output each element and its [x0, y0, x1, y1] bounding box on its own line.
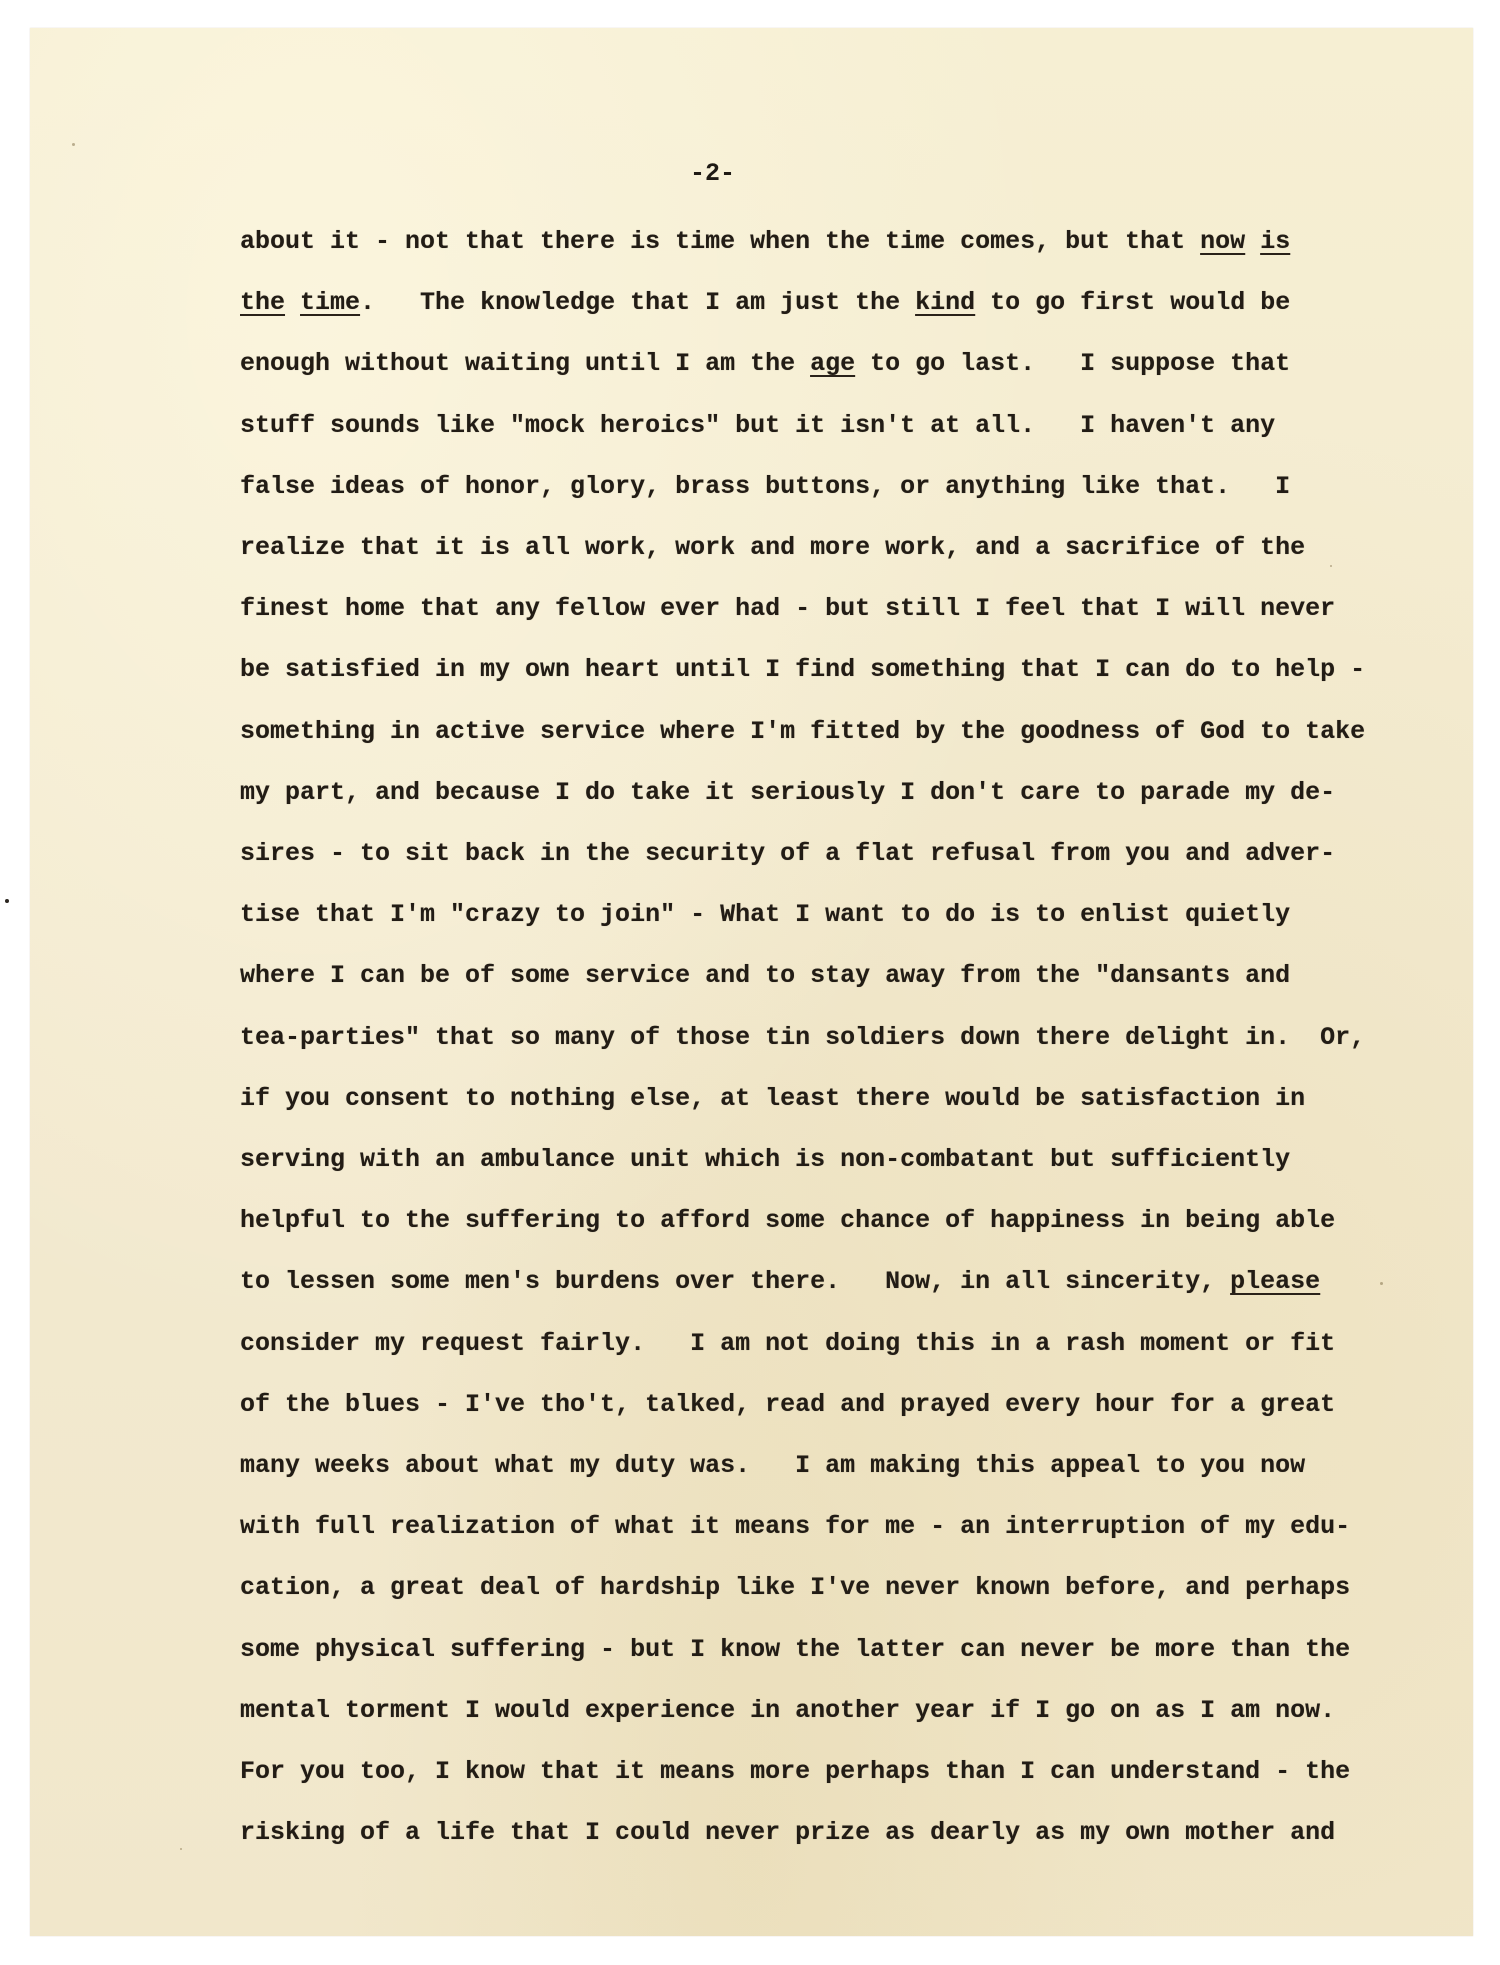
text-segment [285, 288, 300, 317]
paper-speck [1380, 1282, 1383, 1285]
text-segment: serving with an ambulance unit which is … [240, 1145, 1290, 1174]
text-segment: of the blues - I've tho't, talked, read … [240, 1390, 1335, 1419]
text-segment: with full realization of what it means f… [240, 1512, 1350, 1541]
text-line: be satisfied in my own heart until I fin… [240, 648, 1365, 692]
underlined-word: now [1200, 227, 1245, 256]
text-segment: tise that I'm "crazy to join" - What I w… [240, 900, 1290, 929]
underlined-word: the [240, 288, 285, 317]
text-line: some physical suffering - but I know the… [240, 1628, 1350, 1672]
underlined-word: kind [915, 288, 975, 317]
text-line: tise that I'm "crazy to join" - What I w… [240, 893, 1290, 937]
underlined-word: please [1230, 1267, 1320, 1296]
text-segment: many weeks about what my duty was. I am … [240, 1451, 1305, 1480]
text-segment: consider my request fairly. I am not doi… [240, 1329, 1335, 1358]
text-line: finest home that any fellow ever had - b… [240, 587, 1335, 631]
text-segment: to go first would be [975, 288, 1290, 317]
text-line: the time. The knowledge that I am just t… [240, 281, 1290, 325]
text-segment: mental torment I would experience in ano… [240, 1696, 1335, 1725]
text-segment: my part, and because I do take it seriou… [240, 778, 1335, 807]
text-line: serving with an ambulance unit which is … [240, 1138, 1290, 1182]
underlined-word: is [1260, 227, 1290, 256]
text-segment: cation, a great deal of hardship like I'… [240, 1573, 1350, 1602]
text-segment: tea-parties" that so many of those tin s… [240, 1023, 1365, 1052]
text-segment: helpful to the suffering to afford some … [240, 1206, 1335, 1235]
text-line: many weeks about what my duty was. I am … [240, 1444, 1305, 1488]
paper-speck [1330, 565, 1332, 567]
text-line: to lessen some men's burdens over there.… [240, 1260, 1320, 1304]
text-segment: realize that it is all work, work and mo… [240, 533, 1305, 562]
underlined-word: age [810, 349, 855, 378]
text-line: helpful to the suffering to afford some … [240, 1199, 1335, 1243]
text-line: if you consent to nothing else, at least… [240, 1077, 1305, 1121]
text-line: sires - to sit back in the security of a… [240, 832, 1335, 876]
text-segment: sires - to sit back in the security of a… [240, 839, 1335, 868]
paper-speck [72, 143, 75, 146]
text-segment: . The knowledge that I am just the [360, 288, 915, 317]
text-line: consider my request fairly. I am not doi… [240, 1322, 1335, 1366]
text-line: cation, a great deal of hardship like I'… [240, 1566, 1350, 1610]
text-segment: to lessen some men's burdens over there.… [240, 1267, 1230, 1296]
text-line: of the blues - I've tho't, talked, read … [240, 1383, 1335, 1427]
text-line: realize that it is all work, work and mo… [240, 526, 1305, 570]
text-line: stuff sounds like "mock heroics" but it … [240, 404, 1275, 448]
paper-speck [180, 1848, 182, 1850]
text-line: For you too, I know that it means more p… [240, 1750, 1350, 1794]
text-line: something in active service where I'm fi… [240, 710, 1365, 754]
text-segment: For you too, I know that it means more p… [240, 1757, 1350, 1786]
text-line: risking of a life that I could never pri… [240, 1811, 1335, 1855]
text-line: tea-parties" that so many of those tin s… [240, 1016, 1365, 1060]
underlined-word: time [300, 288, 360, 317]
text-segment: if you consent to nothing else, at least… [240, 1084, 1305, 1113]
text-segment: about it - not that there is time when t… [240, 227, 1200, 256]
text-segment: risking of a life that I could never pri… [240, 1818, 1335, 1847]
text-segment [1245, 227, 1260, 256]
text-segment: enough without waiting until I am the [240, 349, 810, 378]
text-segment: finest home that any fellow ever had - b… [240, 594, 1335, 623]
text-segment: stuff sounds like "mock heroics" but it … [240, 411, 1275, 440]
margin-ink-dot [5, 899, 9, 903]
text-line: with full realization of what it means f… [240, 1505, 1350, 1549]
text-line: enough without waiting until I am the ag… [240, 342, 1290, 386]
text-segment: to go last. I suppose that [855, 349, 1290, 378]
page-number: -2- [690, 154, 735, 194]
text-line: about it - not that there is time when t… [240, 220, 1290, 264]
text-line: false ideas of honor, glory, brass butto… [240, 465, 1290, 509]
text-segment: where I can be of some service and to st… [240, 961, 1290, 990]
text-segment: something in active service where I'm fi… [240, 717, 1365, 746]
text-segment: false ideas of honor, glory, brass butto… [240, 472, 1290, 501]
text-line: my part, and because I do take it seriou… [240, 771, 1335, 815]
text-segment: be satisfied in my own heart until I fin… [240, 655, 1365, 684]
text-line: mental torment I would experience in ano… [240, 1689, 1335, 1733]
text-line: where I can be of some service and to st… [240, 954, 1290, 998]
text-segment: some physical suffering - but I know the… [240, 1635, 1350, 1664]
